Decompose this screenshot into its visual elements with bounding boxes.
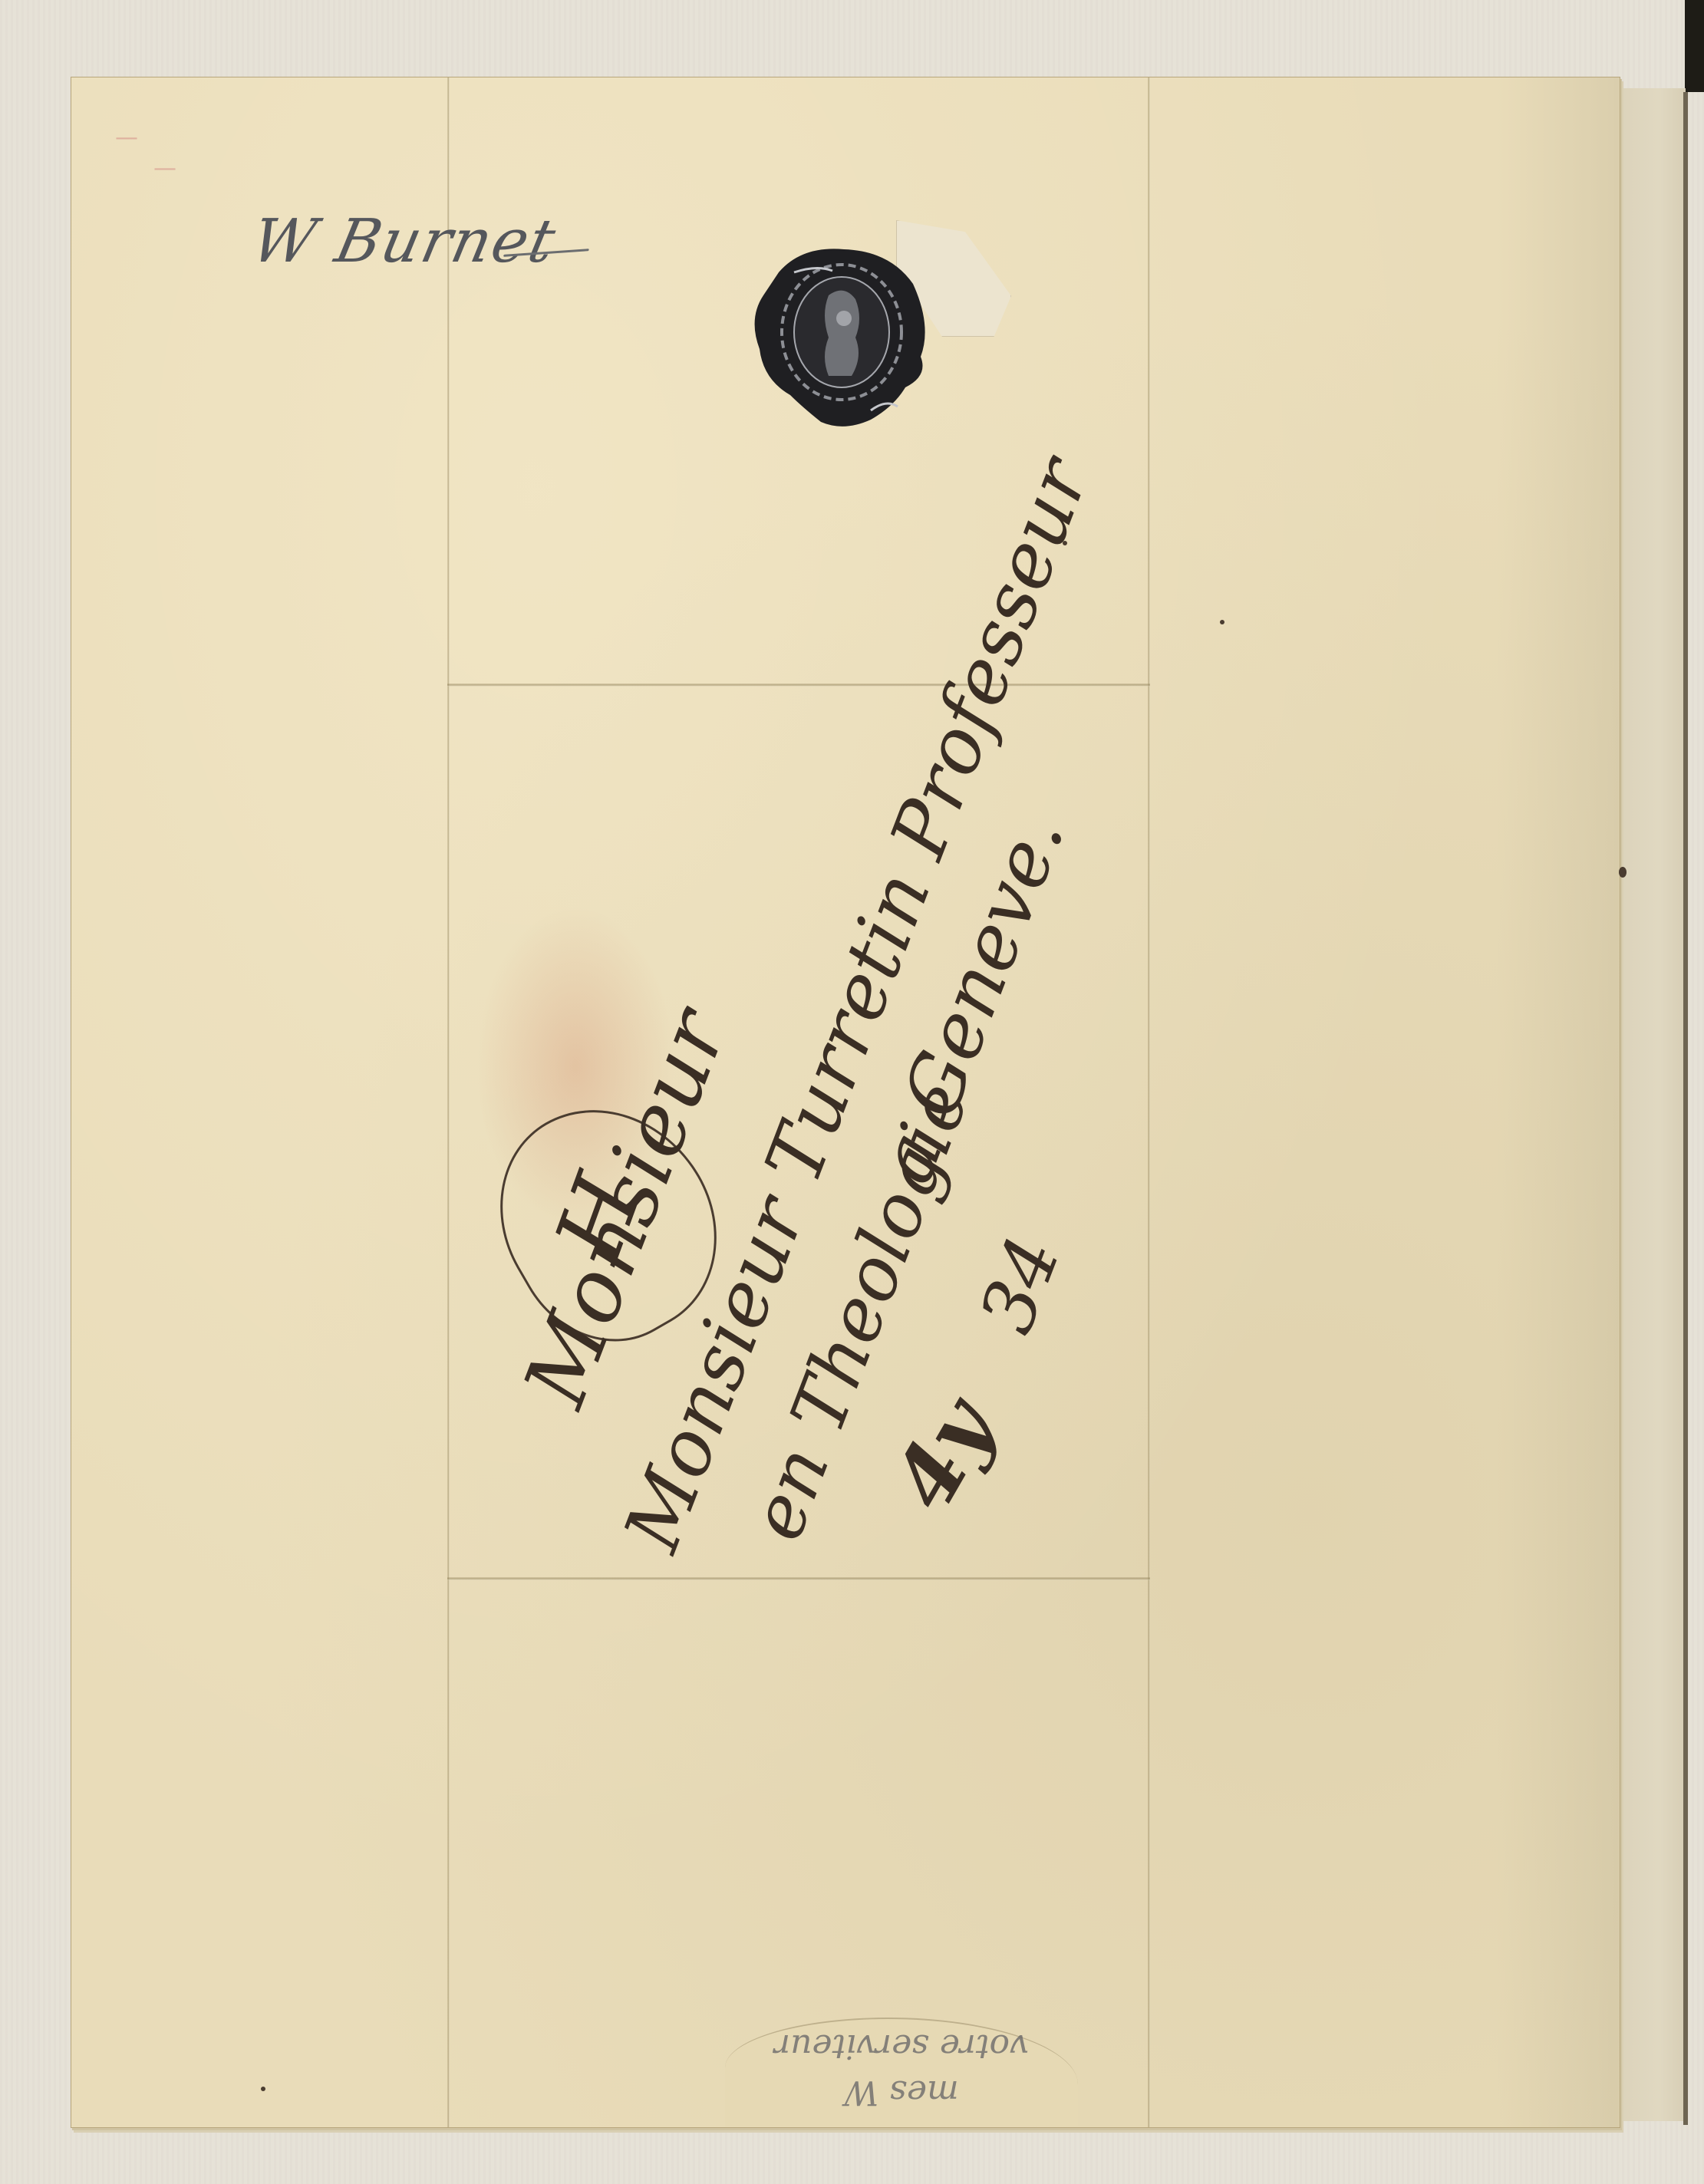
archive-red-pencil-marks: — — [115,123,176,184]
pencil-attribution-note: W Burnet [246,207,562,276]
horizontal-fold-upper [447,684,1150,687]
binding-spine-edge [1683,92,1688,2125]
patch-mirrored-text-line2: votre serviteur [725,2027,1078,2066]
ink-speck [1220,620,1224,624]
patch-mirrored-text-line1: mes W [725,2073,1078,2112]
binding-dark-edge [1685,0,1704,92]
archive-mark-1: — [115,123,176,153]
paper-repair-patch: mes W votre serviteur [725,2018,1078,2126]
archive-mark-2: — [153,153,176,184]
ink-speck [261,2087,265,2091]
ink-speck [1063,541,1067,545]
vertical-fold-right [1148,77,1150,2127]
wax-seal-icon [748,242,936,433]
ink-speck [1619,867,1627,878]
binding-stub [1619,88,1686,2121]
horizontal-fold-lower [447,1577,1150,1580]
vertical-fold-left [447,77,450,2127]
